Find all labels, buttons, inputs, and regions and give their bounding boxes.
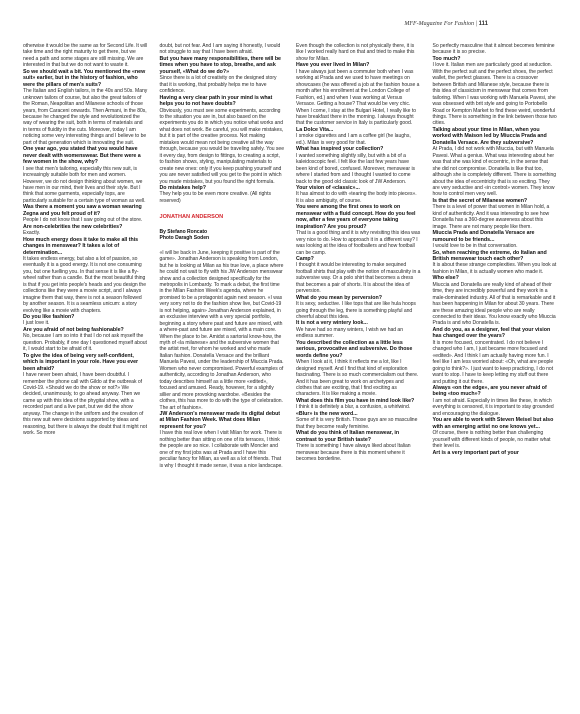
body-paragraph: They help you to be even more creative. … [160,191,285,204]
question: You are able to work with Steven Meisel … [433,417,558,430]
question: Was there a moment you saw a woman weari… [23,204,148,217]
page-number: 111 [479,21,488,27]
body-paragraph: doubt, but not fear. And I am saying it … [160,43,285,56]
body-paragraph: I see that men's tailoring, especially t… [23,166,148,205]
body-paragraph: That is a good thing and it is why revis… [296,230,421,256]
body-paragraph: It is sexy, seductive. I like tops that … [296,301,421,320]
question: Always «on the edge», are you never afra… [433,385,558,398]
body-paragraph: There is something I have always liked a… [296,443,421,462]
question: How much energy does it take to make all… [23,237,148,256]
body-paragraph: Of course, there is nothing better than … [433,430,558,449]
body-paragraph: It is about these strange complexities. … [433,262,558,275]
question: JW Anderson's menswear made its digital … [160,411,285,430]
spacer [160,242,285,250]
body-paragraph: It takes endless energy, but also a lot … [23,256,148,314]
body-paragraph: I thought it would be interesting to mak… [296,262,421,294]
body-paragraph: Obviously, you must see some experiments… [160,108,285,185]
body-paragraph: I have always just been a commuter both … [296,69,421,127]
body-paragraph: People I do not know that I saw going ou… [23,217,148,223]
body-paragraph: At Prada, I did not work with Miuccia, b… [433,146,558,198]
page-header: MFF-Magazine For Fashion | 111 [404,21,488,27]
body-paragraph: There is a level of power that women in … [433,204,558,230]
body-paragraph: I wanted something slightly silly, but w… [296,153,421,185]
body-paragraph: No, because I am so into it that I do no… [23,333,148,352]
column-1: otherwise it would be the same as for Se… [23,43,148,469]
question: So we should wait a bit. You mentioned t… [23,69,148,88]
body-paragraph: Since there is a lot of creativity on th… [160,75,285,94]
question: Having a very clear path in your mind is… [160,95,285,108]
body-paragraph: When I look at it, I think it reflects m… [296,359,421,398]
body-paragraph: I am not afraid. Especially in times lik… [433,398,558,417]
article-columns: otherwise it would be the same as for Se… [23,43,557,469]
body-paragraph: otherwise it would be the same as for Se… [23,43,148,69]
body-paragraph: I think it is definitely a blur, a confu… [296,404,421,410]
question: One year ago, you stated that you would … [23,146,148,165]
question: And do you, as a designer, feel that you… [433,327,558,340]
column-3: Even though the collection is not physic… [296,43,421,469]
question: Art is a very important part of your [433,450,558,456]
body-paragraph: So perfectly masculine that it almost be… [433,43,558,56]
body-paragraph: I love it. Italian men are particularly … [433,62,558,127]
question: You described the collection as a little… [296,340,421,359]
question: But you have many responsibilities, ther… [160,56,285,75]
magazine-title: MFF-Magazine For Fashion [404,21,474,27]
question: What do you think of Italian menswear, i… [296,430,421,443]
question: To give the idea of being very self-conf… [23,353,148,372]
body-paragraph: It has almost to do with «tearing the bo… [296,191,421,204]
question: You were among the first ones to work on… [296,204,421,230]
question: Miuccia Prada and Donatella Versace are … [433,230,558,243]
column-4: So perfectly masculine that it almost be… [433,43,558,469]
column-2: doubt, but not fear. And I am saying it … [160,43,285,469]
body-paragraph: Even though the collection is not physic… [296,43,421,62]
body-paragraph: «I will be back in June, keeping it posi… [160,250,285,411]
body-paragraph: Some of it is very British. Those guys a… [296,417,421,430]
body-paragraph: The Italian and English tailors, in the … [23,88,148,146]
body-paragraph: I smoke cigarettes and I am a coffee gir… [296,133,421,146]
body-paragraph: It is more focused, concentrated. I do n… [433,340,558,385]
body-paragraph: I have never been afraid, I have been do… [23,372,148,437]
body-paragraph: I have this real love when I visit Milan… [160,430,285,469]
question: So, when reaching the extreme, do Italia… [433,250,558,263]
body-paragraph: We have had so many winters, I wish we h… [296,327,421,340]
body-paragraph: Miuccia and Donatella are really kind of… [433,282,558,327]
question: Talking about your time in Milan, when y… [433,127,558,146]
section-heading: JONATHAN ANDERSON [160,214,285,220]
